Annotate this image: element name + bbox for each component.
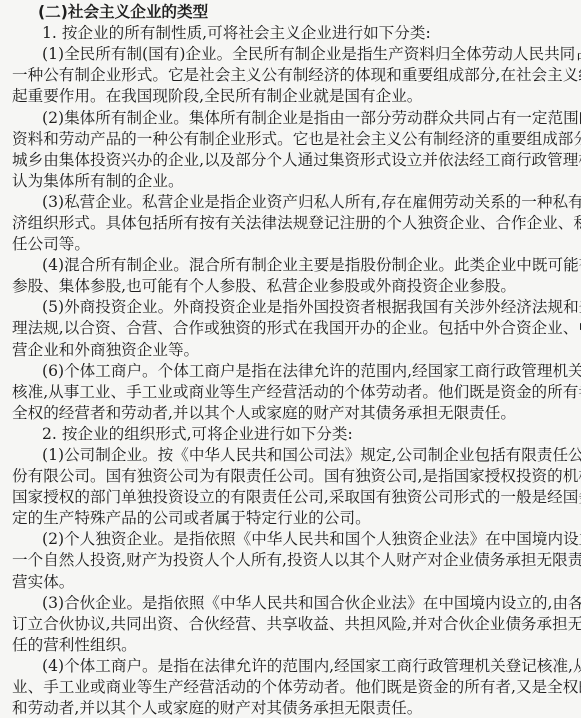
paragraph-line: (3)私营企业。私营企业是指企业资产归私人所有,存在雇佣劳动关系的一种私有制经: [42, 192, 569, 212]
paragraph-line: 起重要作用。在我国现阶段,全民所有制企业就是国有企业。: [12, 86, 422, 106]
paragraph-line: 认为集体所有制的企业。: [12, 171, 184, 191]
paragraph-line: 参股、集体参股,也可能有个人参股、私营企业参股或外商投资企业参股。: [12, 276, 516, 296]
paragraph-line: 营实体。: [12, 572, 74, 592]
paragraph-line: (2)个人独资企业。是指依照《中华人民共和国个人独资企业法》在中国境内设立的,由: [42, 529, 569, 549]
paragraph-line: 资料和劳动产品的一种公有制企业形式。它也是社会主义公有制经济的重要组成部分,包括: [12, 129, 569, 149]
paragraph-line: 和劳动者,并以其个人或家庭的财产对其债务承担无限责任。: [12, 698, 422, 718]
paragraph-line: 济组织形式。具体包括所有按有关法律法规登记注册的个人独资企业、合作企业、私营有限…: [12, 213, 569, 233]
paragraph-line: 全权的经营者和劳动者,并以其个人或家庭的财产对其债务承担无限责任。: [12, 403, 516, 423]
paragraph-line: 定的生产特殊产品的公司或者属于特定行业的公司。: [12, 508, 371, 528]
paragraph-line: (5)外商投资企业。外商投资企业是指外国投资者根据我国有关涉外经济法规和登记管: [42, 297, 569, 317]
paragraph-line: 营企业和外商独资企业等。: [12, 340, 199, 360]
paragraph-line: (1)公司制企业。按《中华人民共和国公司法》规定,公司制企业包括有限责任公司和股: [42, 445, 569, 465]
paragraph-line: 核准,从事工业、手工业或商业等生产经营活动的个体劳动者。他们既是资金的所有者,又…: [12, 382, 569, 402]
paragraph-line: (4)个体工商户。是指在法律允许的范围内,经国家工商行政管理机关登记核准,从事工: [42, 656, 569, 676]
paragraph-line: 一种公有制企业形式。它是社会主义公有制经济的体现和重要组成部分,在社会主义经济中: [12, 65, 569, 85]
paragraph-line: 任公司等。: [12, 234, 90, 254]
paragraph-line: 国家授权的部门单独投资设立的有限责任公司,采取国有独资公司形式的一般是经国务院确: [12, 487, 569, 507]
paragraph-line: 份有限公司。国有独资公司为有限责任公司。国有独资公司,是指国家授权投资的机构或者: [12, 466, 569, 486]
paragraph-line: (1)全民所有制(国有)企业。全民所有制企业是指生产资料归全体劳动人民共同占有的: [42, 44, 569, 64]
paragraph-line: (2)集体所有制企业。集体所有制企业是指由一部分劳动群众共同占有一定范围的生产: [42, 108, 569, 128]
section-heading: (二)社会主义企业的类型: [38, 2, 208, 22]
paragraph-line: 业、手工业或商业等生产经营活动的个体劳动者。他们既是资金的所有者,又是全权的经营…: [12, 677, 569, 697]
paragraph-line: 订立合伙协议,共同出资、合伙经营、共享收益、共担风险,并对合伙企业债务承担无限连…: [12, 614, 569, 634]
paragraph-line: 城乡由集体投资兴办的企业,以及部分个人通过集资形式设立并依法经工商行政管理机关确: [12, 150, 569, 170]
part1-intro: 1. 按企业的所有制性质,可将社会主义企业进行如下分类:: [42, 23, 431, 43]
document-page: (二)社会主义企业的类型 1. 按企业的所有制性质,可将社会主义企业进行如下分类…: [0, 0, 581, 718]
paragraph-line: 一个自然人投资,财产为投资人个人所有,投资人以其个人财产对企业债务承担无限责任的…: [12, 550, 569, 570]
paragraph-line: (4)混合所有制企业。混合所有制企业主要是指股份制企业。此类企业中既可能有国家: [42, 255, 569, 275]
paragraph-line: (6)个体工商户。个体工商户是指在法律允许的范围内,经国家工商行政管理机关登记: [42, 361, 569, 381]
paragraph-line: 任的营利性组织。: [12, 635, 137, 655]
part2-intro: 2. 按企业的组织形式,可将企业进行如下分类:: [42, 424, 353, 444]
paragraph-line: (3)合伙企业。是指依照《中华人民共和国合伙企业法》在中国境内设立的,由各合伙人: [42, 593, 569, 613]
paragraph-line: 理法规,以合资、合营、合作或独资的形式在我国开办的企业。包括中外合资企业、中外合…: [12, 318, 569, 338]
